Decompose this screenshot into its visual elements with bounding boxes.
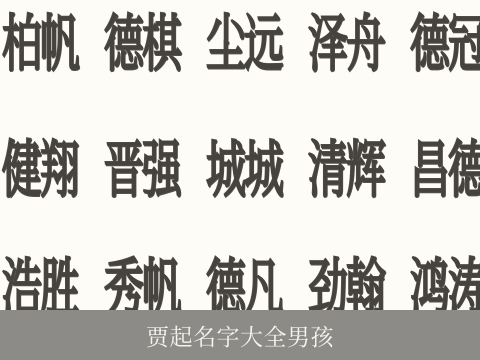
name-item: 健翔 xyxy=(2,140,78,204)
caption-text: 贾起名字大全男孩 xyxy=(146,319,334,352)
caption-bar: 贾起名字大全男孩 xyxy=(0,310,480,360)
name-row: 柏帆 德棋 尘远 泽舟 德冠 xyxy=(0,14,480,55)
name-item: 昌德 xyxy=(410,140,480,204)
name-item: 德棋 xyxy=(104,14,180,78)
name-item: 清辉 xyxy=(308,140,384,204)
name-item: 泽舟 xyxy=(308,14,384,78)
name-item: 柏帆 xyxy=(2,14,78,78)
name-item: 城城 xyxy=(206,140,282,204)
name-item: 德冠 xyxy=(410,14,480,78)
name-row: 健翔 晋强 城城 清辉 昌德 xyxy=(0,140,480,181)
name-item: 尘远 xyxy=(206,14,282,78)
name-row: 浩胜 秀帆 德凡 劲翰 鸿涛 xyxy=(0,258,480,299)
name-item: 晋强 xyxy=(104,140,180,204)
name-list-image: 柏帆 德棋 尘远 泽舟 德冠 健翔 晋强 城城 清辉 昌德 浩胜 秀帆 德凡 劲… xyxy=(0,0,480,360)
